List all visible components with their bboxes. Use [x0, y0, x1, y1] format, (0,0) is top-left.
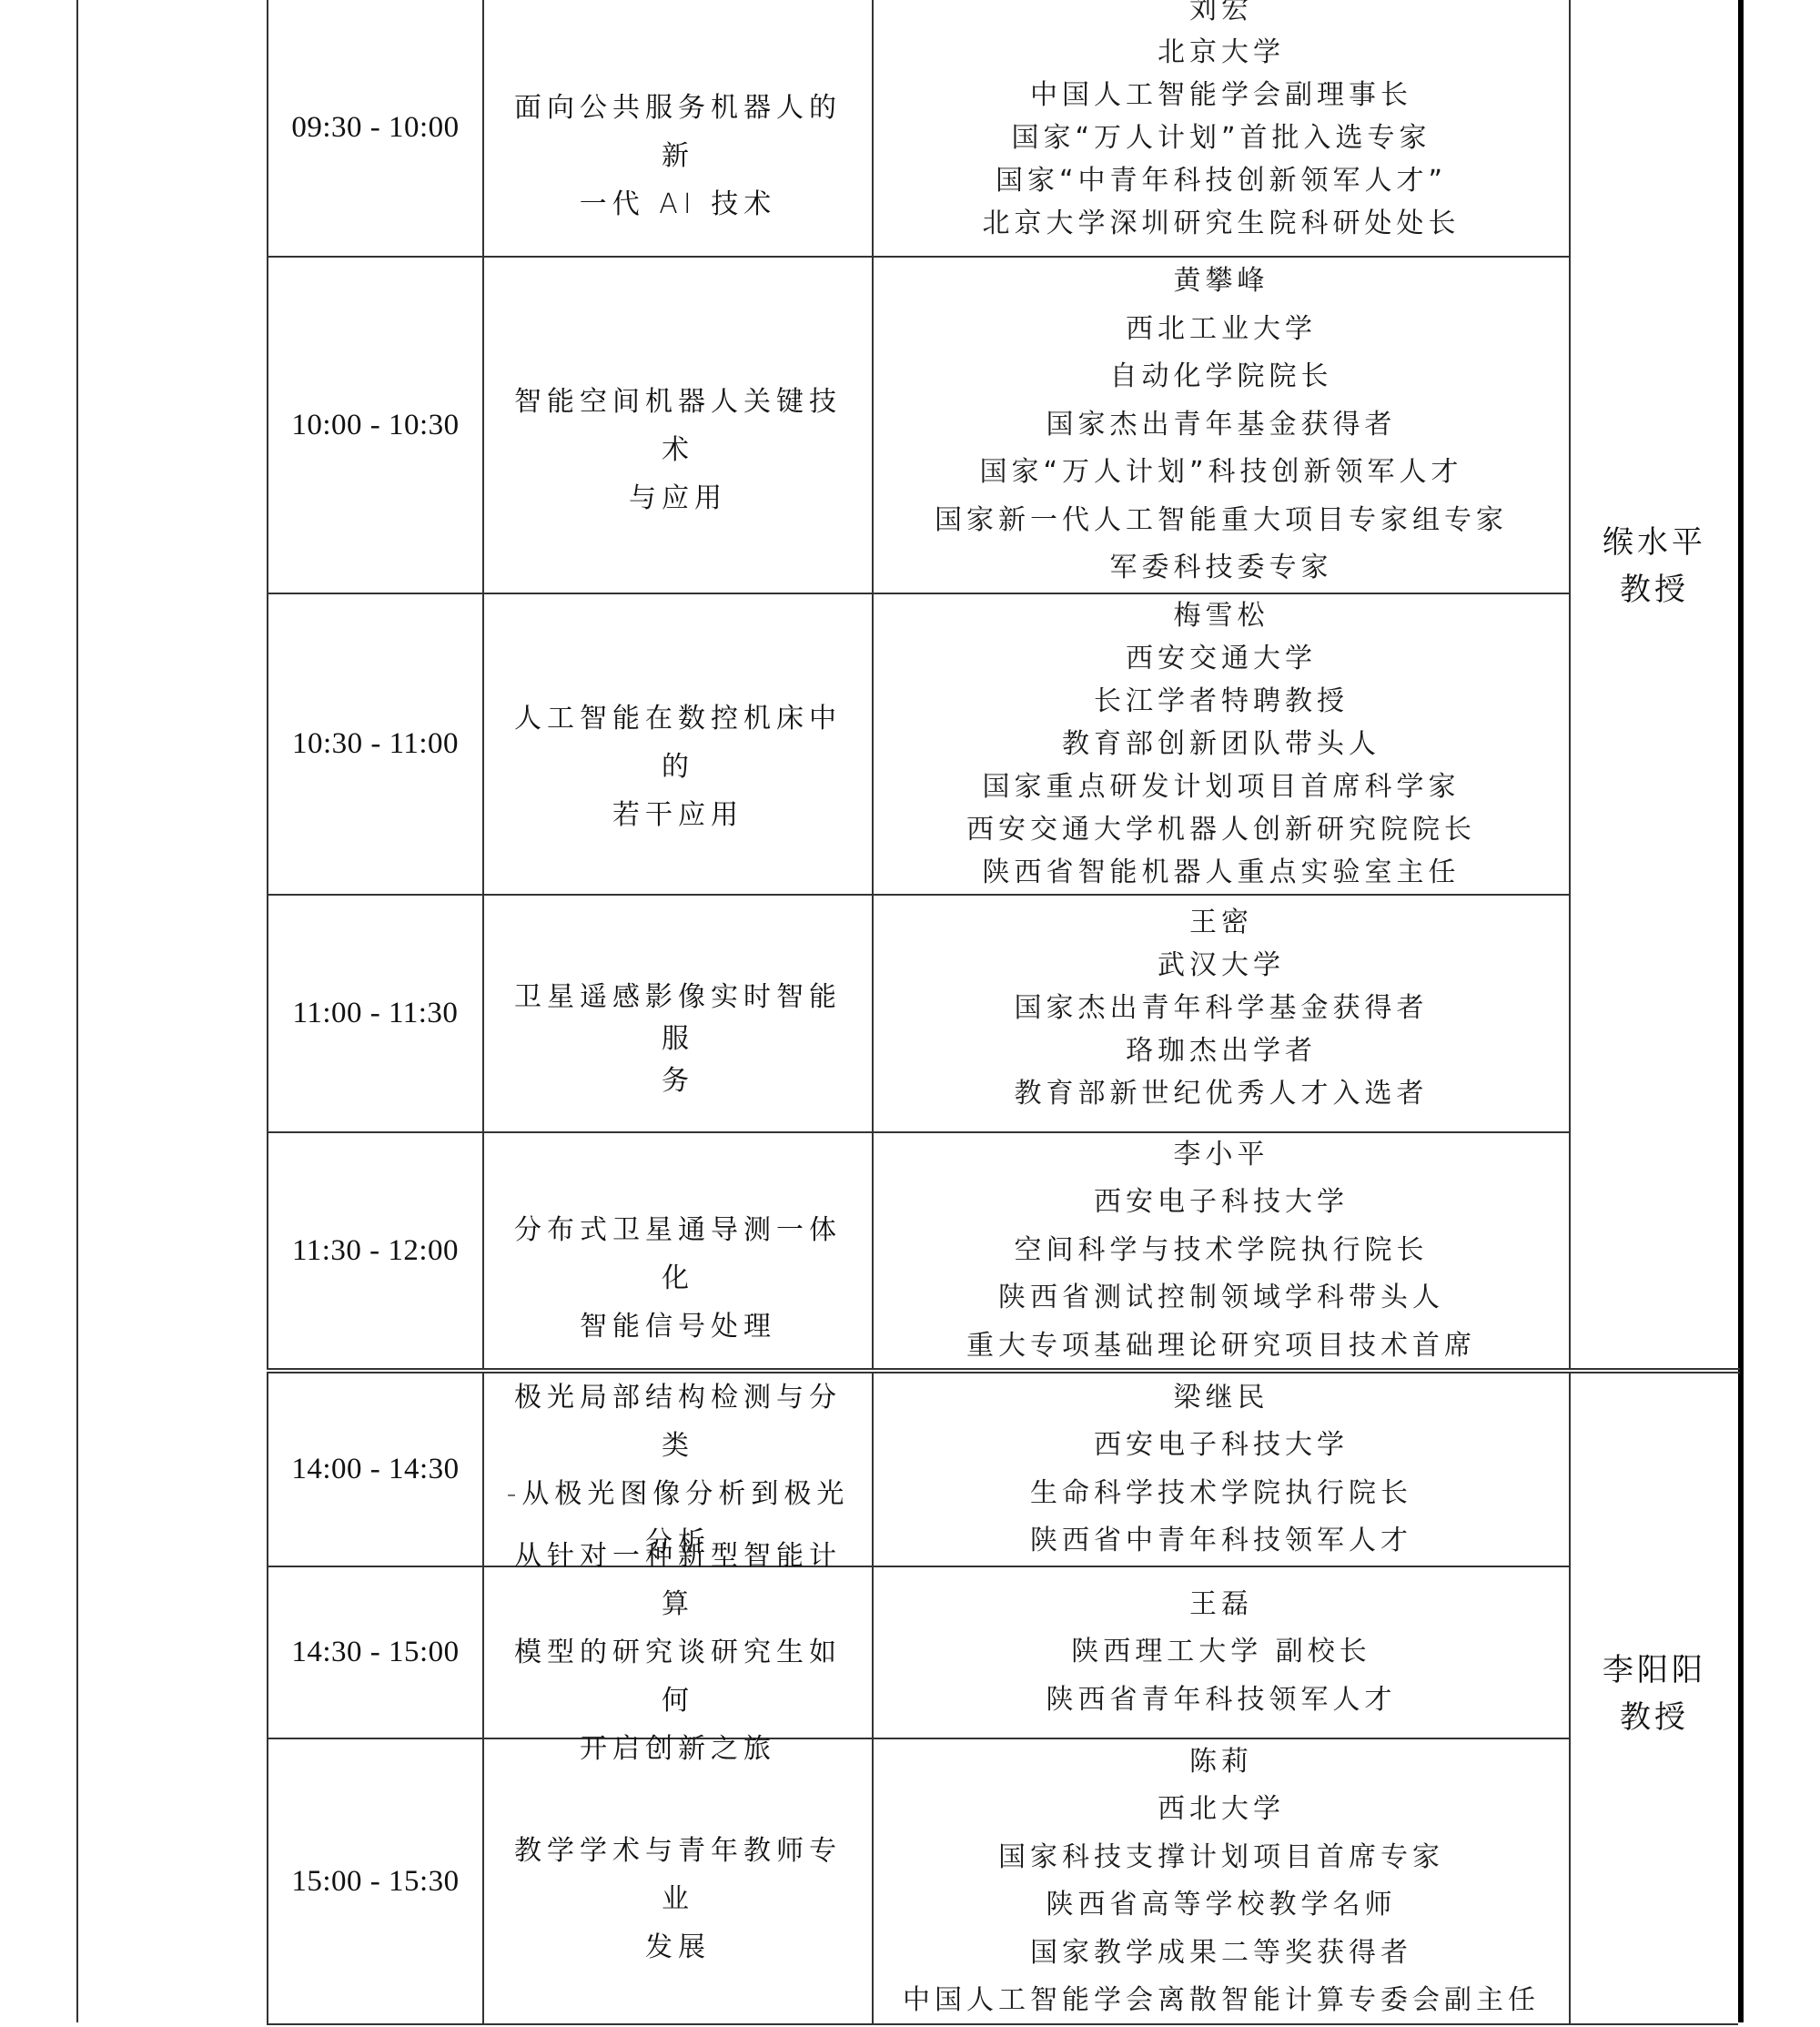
time-text: 10:00 - 10:30 [291, 409, 459, 442]
chair-cell-morning: 缑水平 教授 [1571, 0, 1738, 1370]
chair-cell-afternoon: 李阳阳 教授 [1571, 1373, 1738, 2025]
speaker-cell: 陈莉 西北大学 国家科技支撑计划项目首席专家 陕西省高等学校教学名师 国家教学成… [874, 1739, 1571, 2023]
chair-name: 缑水平 [1603, 519, 1706, 566]
speaker-info: 李小平 西安电子科技大学 空间科学与技术学院执行院长 陕西省测试控制领域学科带头… [966, 1131, 1476, 1371]
time-cell: 11:00 - 11:30 [267, 896, 484, 1131]
time-cell: 15:00 - 15:30 [267, 1739, 484, 2023]
speaker-info: 王磊 陕西理工大学 副校长 陕西省青年科技领军人才 [1046, 1581, 1397, 1725]
time-text: 14:00 - 14:30 [291, 1453, 459, 1486]
topic-cell: 卫星遥感影像实时智能服 务 [484, 896, 874, 1131]
time-cell: 11:30 - 12:00 [267, 1133, 484, 1368]
time-text: 14:30 - 15:00 [291, 1636, 459, 1669]
table-row: 09:30 - 10:00 面向公共服务机器人的新 一代 AI 技术 刘宏 北京… [267, 0, 1571, 258]
speaker-name: 王密 [1189, 901, 1253, 944]
topic-text: 从针对一种新型智能计算 模型的研究谈研究生如何 开启创新之旅 [504, 1532, 852, 1773]
speaker-info: 王密 武汉大学 国家杰出青年科学基金获得者 珞珈杰出学者 教育部新世纪优秀人才入… [1015, 901, 1429, 1115]
time-text: 15:00 - 15:30 [291, 1865, 459, 1899]
topic-cell: 智能空间机器人关键技术 与应用 [484, 258, 874, 593]
chair-title: 教授 [1620, 566, 1689, 613]
outer-right-border [1738, 0, 1744, 2022]
topic-text: 智能空间机器人关键技术 与应用 [504, 378, 852, 522]
chair-title: 教授 [1620, 1694, 1689, 1741]
time-text: 11:30 - 12:00 [292, 1234, 459, 1268]
table-row: 10:30 - 11:00 人工智能在数控机床中的 若干应用 梅雪松 西安交通大… [267, 594, 1571, 896]
speaker-name: 梅雪松 [1174, 594, 1269, 637]
table-row: 11:00 - 11:30 卫星遥感影像实时智能服 务 王密 武汉大学 国家杰出… [267, 896, 1571, 1133]
speaker-info: 刘宏 北京大学 中国人工智能学会副理事长 国家“万人计划”首批入选专家 国家“中… [983, 0, 1461, 245]
table-row: 15:00 - 15:30 教学学术与青年教师专业 发展 陈莉 西北大学 国家科… [267, 1739, 1571, 2025]
outer-left-border [76, 0, 78, 2022]
chair-name: 李阳阳 [1603, 1647, 1706, 1694]
speaker-cell: 黄攀峰 西北工业大学 自动化学院院长 国家杰出青年基金获得者 国家“万人计划”科… [874, 258, 1571, 593]
topic-cell: 从针对一种新型智能计算 模型的研究谈研究生如何 开启创新之旅 [484, 1567, 874, 1738]
topic-text: 人工智能在数控机床中的 若干应用 [504, 694, 852, 839]
time-text: 11:00 - 11:30 [293, 997, 459, 1030]
time-cell: 14:00 - 14:30 [267, 1373, 484, 1566]
speaker-cell: 王密 武汉大学 国家杰出青年科学基金获得者 珞珈杰出学者 教育部新世纪优秀人才入… [874, 896, 1571, 1131]
speaker-name: 黄攀峰 [1174, 258, 1269, 306]
speaker-cell: 王磊 陕西理工大学 副校长 陕西省青年科技领军人才 [874, 1567, 1571, 1738]
speaker-info: 梁继民 西安电子科技大学 生命科学技术学院执行院长 陕西省中青年科技领军人才 [1030, 1374, 1412, 1566]
speaker-cell: 刘宏 北京大学 中国人工智能学会副理事长 国家“万人计划”首批入选专家 国家“中… [874, 0, 1571, 256]
speaker-name: 陈莉 [1189, 1738, 1253, 1787]
topic-text: 面向公共服务机器人的新 一代 AI 技术 [504, 84, 852, 228]
time-cell: 09:30 - 10:00 [267, 0, 484, 256]
schedule-table: 09:30 - 10:00 面向公共服务机器人的新 一代 AI 技术 刘宏 北京… [267, 0, 1571, 2025]
topic-text: 分布式卫星通导测一体化 智能信号处理 [504, 1206, 852, 1351]
speaker-name: 王磊 [1189, 1581, 1253, 1629]
table-row: 11:30 - 12:00 分布式卫星通导测一体化 智能信号处理 李小平 西安电… [267, 1133, 1571, 1373]
time-text: 10:30 - 11:00 [292, 727, 459, 761]
topic-cell: 分布式卫星通导测一体化 智能信号处理 [484, 1133, 874, 1368]
speaker-cell: 李小平 西安电子科技大学 空间科学与技术学院执行院长 陕西省测试控制领域学科带头… [874, 1133, 1571, 1368]
topic-cell: 教学学术与青年教师专业 发展 [484, 1739, 874, 2023]
speaker-name: 刘宏 [1189, 0, 1253, 31]
table-row: 14:30 - 15:00 从针对一种新型智能计算 模型的研究谈研究生如何 开启… [267, 1567, 1571, 1739]
speaker-info: 黄攀峰 西北工业大学 自动化学院院长 国家杰出青年基金获得者 国家“万人计划”科… [935, 258, 1508, 593]
speaker-cell: 梅雪松 西安交通大学 长江学者特聘教授 教育部创新团队带头人 国家重点研发计划项… [874, 594, 1571, 894]
topic-text: 卫星遥感影像实时智能服 务 [504, 977, 852, 1102]
speaker-name: 李小平 [1174, 1131, 1269, 1180]
time-cell: 10:00 - 10:30 [267, 258, 484, 593]
topic-cell: 人工智能在数控机床中的 若干应用 [484, 594, 874, 894]
topic-cell: 面向公共服务机器人的新 一代 AI 技术 [484, 0, 874, 256]
speaker-info: 梅雪松 西安交通大学 长江学者特聘教授 教育部创新团队带头人 国家重点研发计划项… [966, 594, 1476, 894]
time-text: 09:30 - 10:00 [291, 111, 459, 145]
topic-text: 教学学术与青年教师专业 发展 [504, 1827, 852, 1971]
table-row: 10:00 - 10:30 智能空间机器人关键技术 与应用 黄攀峰 西北工业大学… [267, 258, 1571, 594]
table-row: 14:00 - 14:30 极光局部结构检测与分类 -从极光图像分析到极光 分析… [267, 1373, 1571, 1567]
speaker-cell: 梁继民 西安电子科技大学 生命科学技术学院执行院长 陕西省中青年科技领军人才 [874, 1373, 1571, 1566]
speaker-info: 陈莉 西北大学 国家科技支撑计划项目首席专家 陕西省高等学校教学名师 国家教学成… [903, 1738, 1540, 2025]
speaker-name: 梁继民 [1174, 1374, 1269, 1423]
time-cell: 14:30 - 15:00 [267, 1567, 484, 1738]
time-cell: 10:30 - 11:00 [267, 594, 484, 894]
